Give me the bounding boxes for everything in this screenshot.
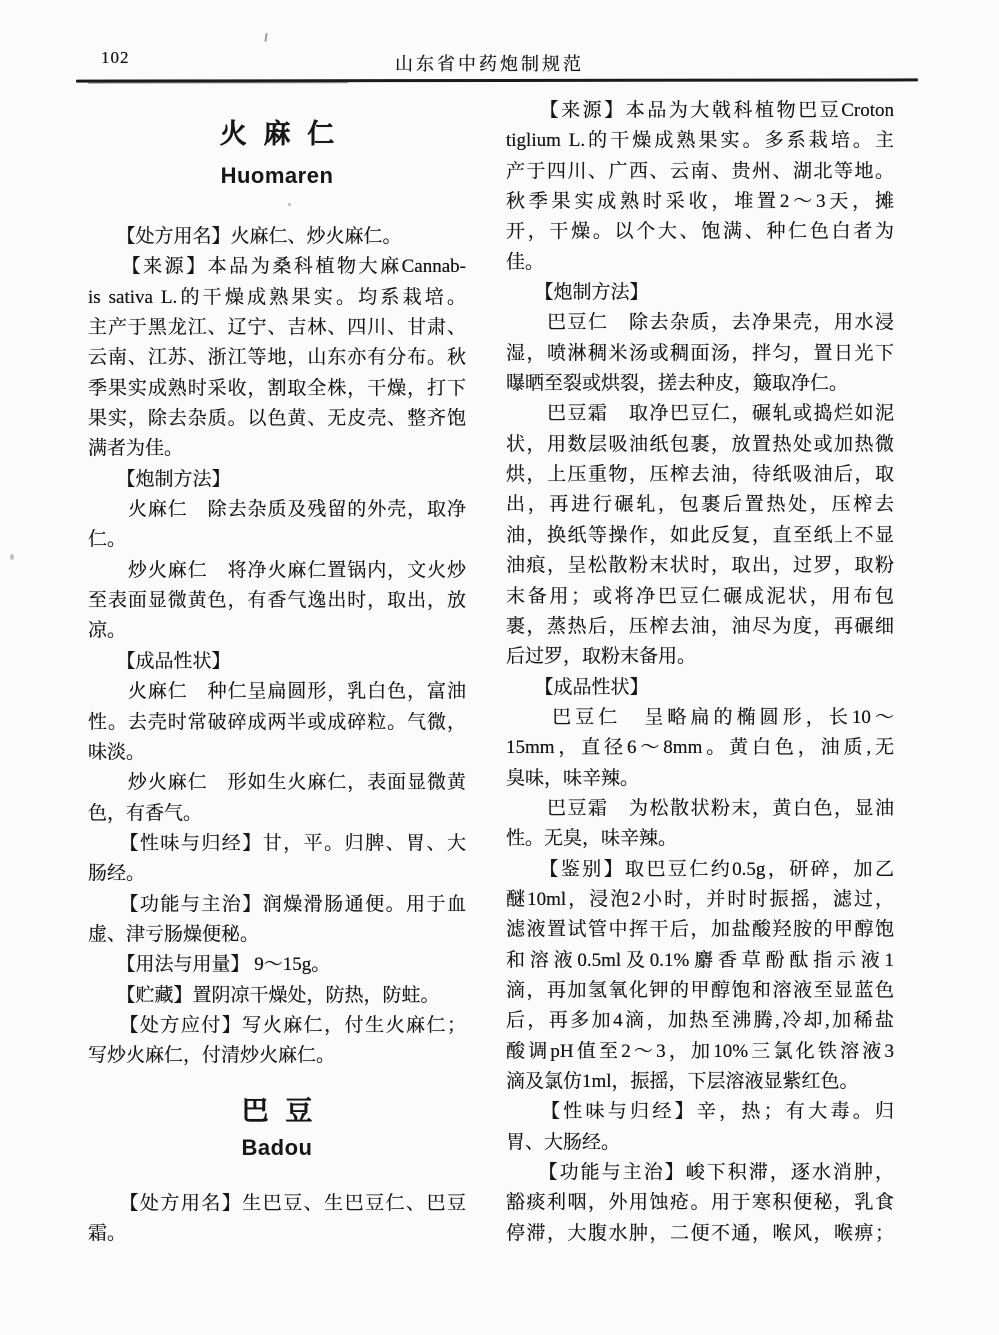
article-pinyin-badou: Badou — [88, 1134, 466, 1162]
text-line: 裹，蒸热后，压榨去油，油尽为度，再碾细 — [506, 612, 894, 642]
text-line: 【炮制方法】 — [88, 465, 466, 495]
badou-body-lines-start: 【处方用名】生巴豆、生巴豆仁、巴豆霜。 — [88, 1189, 466, 1250]
scan-artifact — [264, 33, 267, 42]
text-line: 【用法与用量】 9～15g。 — [88, 950, 466, 980]
text-line: 巴豆霜 取净巴豆仁，碾轧或捣烂如泥 — [506, 399, 894, 429]
text-line: 【处方应付】写火麻仁，付生火麻仁； — [88, 1011, 466, 1041]
text-line: 开，干燥。以个大、饱满、种仁色白者为 — [506, 217, 894, 247]
article-title-badou: 巴豆 — [88, 1094, 466, 1128]
text-line: 滴及氯仿1ml，振摇，下层溶液显紫红色。 — [506, 1067, 894, 1097]
text-line: 【处方用名】生巴豆、生巴豆仁、巴豆 — [88, 1189, 466, 1219]
text-line: 【鉴别】取巴豆仁约0.5g，研碎，加乙 — [506, 855, 894, 885]
text-line: 【功能与主治】润燥滑肠通便。用于血 — [88, 890, 466, 920]
text-line: 臭味，味辛辣。 — [506, 764, 894, 794]
text-line: 凉。 — [88, 616, 466, 646]
text-line: 【处方用名】火麻仁、炒火麻仁。 — [88, 222, 466, 252]
text-line: 滤液置试管中挥干后，加盐酸羟胺的甲醇饱 — [506, 915, 894, 945]
article-pinyin-huomaren: Huomaren — [88, 162, 466, 190]
text-line: 火麻仁 除去杂质及残留的外壳，取净 — [88, 495, 466, 525]
text-line: 仁。 — [88, 525, 466, 555]
text-line: 果实，除去杂质。以色黄、无皮壳、整齐饱 — [88, 404, 466, 434]
text-line: 巴豆霜 为松散状粉末，黄白色，显油 — [506, 794, 894, 824]
text-line: is sativa L.的干燥成熟果实。均系栽培。 — [88, 283, 466, 313]
text-line: 状，用数层吸油纸包裹，放置热处或加热微 — [506, 430, 894, 460]
text-line: 停滞，大腹水肿，二便不通，喉风，喉痹； — [506, 1219, 894, 1249]
text-line: 性。去壳时常破碎成两半或成碎粒。气微， — [88, 708, 466, 738]
text-line: 【性味与归经】甘，平。归脾、胃、大 — [88, 829, 466, 859]
text-line: 佳。 — [506, 248, 894, 278]
text-line: 酸调pH值至2～3，加10%三氯化铁溶液3 — [506, 1037, 894, 1067]
text-line: tiglium L.的干燥成熟果实。多系栽培。主 — [506, 126, 894, 156]
scanned-book-page: 102 山东省中药炮制规范 火麻仁 Huomaren 【处方用名】火麻仁、炒火麻… — [0, 0, 999, 1335]
text-line: 后过罗，取粉末备用。 — [506, 642, 894, 672]
text-line: 后，再多加4滴，加热至沸腾,冷却,加稀盐 — [506, 1006, 894, 1036]
text-line: 巴豆仁 呈略扁的椭圆形，长10～ — [506, 703, 894, 733]
text-line: 豁痰利咽，外用蚀疮。用于寒积便秘，乳食 — [506, 1188, 894, 1218]
text-line: 【成品性状】 — [88, 647, 466, 677]
text-line: 主产于黑龙江、辽宁、吉林、四川、甘肃、 — [88, 313, 466, 343]
text-line: 虚、津亏肠燥便秘。 — [88, 920, 466, 950]
text-line: 性。无臭，味辛辣。 — [506, 824, 894, 854]
text-line: 末备用；或将净巴豆仁碾成泥状，用布包 — [506, 582, 894, 612]
text-line: 油，换纸等操作，如此反复，直至纸上不显 — [506, 521, 894, 551]
text-line: 烘，上压重物，压榨去油，待纸吸油后，取 — [506, 460, 894, 490]
text-line: 炒火麻仁 形如生火麻仁，表面显微黄 — [88, 768, 466, 798]
text-line: 色，有香气。 — [88, 799, 466, 829]
article-title-huomaren: 火麻仁 — [88, 116, 466, 152]
text-line: 【来源】本品为桑科植物大麻Cannab- — [88, 252, 466, 282]
text-line: 满者为佳。 — [88, 434, 466, 464]
scan-artifact — [10, 554, 14, 560]
text-line: 【功能与主治】峻下积滞，逐水消肿， — [506, 1158, 894, 1188]
text-line: 曝晒至裂或烘裂，搓去种皮，簸取净仁。 — [506, 369, 894, 399]
text-line: 【炮制方法】 — [506, 278, 894, 308]
text-line: 产于四川、广西、云南、贵州、湖北等地。 — [506, 157, 894, 187]
badou-body-lines-continued: 【来源】本品为大戟科植物巴豆Crotontiglium L.的干燥成熟果实。多系… — [506, 96, 894, 1249]
text-line: 霜。 — [88, 1219, 466, 1249]
text-line: 【贮藏】置阴凉干燥处，防热，防蛀。 — [88, 981, 466, 1011]
text-line: 油痕，呈松散粉末状时，取出，过罗，取粉 — [506, 551, 894, 581]
huomaren-body-lines: 【处方用名】火麻仁、炒火麻仁。 【来源】本品为桑科植物大麻Cannab-is s… — [88, 222, 466, 1072]
text-line: 季果实成熟时采收，割取全株，干燥，打下 — [88, 374, 466, 404]
text-line: 和溶液0.5ml及0.1%麝香草酚酞指示液1 — [506, 946, 894, 976]
header-rule — [76, 78, 918, 82]
text-line: 湿，喷淋稠米汤或稠面汤，拌匀，置日光下 — [506, 339, 894, 369]
text-line: 15mm，直径6～8mm。黄白色，油质,无 — [506, 733, 894, 763]
right-column: 【来源】本品为大戟科植物巴豆Crotontiglium L.的干燥成熟果实。多系… — [506, 96, 894, 1249]
text-line: 秋季果实成熟时采收，堆置2～3天，摊 — [506, 187, 894, 217]
text-line: 云南、江苏、浙江等地，山东亦有分布。秋 — [88, 343, 466, 373]
text-line: 滴，再加氢氧化钾的甲醇饱和溶液至显蓝色 — [506, 976, 894, 1006]
text-line: 写炒火麻仁，付清炒火麻仁。 — [88, 1041, 466, 1071]
left-column: 火麻仁 Huomaren 【处方用名】火麻仁、炒火麻仁。 【来源】本品为桑科植物… — [88, 116, 466, 1249]
text-line: 味淡。 — [88, 738, 466, 768]
text-line: 胃、大肠经。 — [506, 1128, 894, 1158]
text-line: 【性味与归经】辛，热；有大毒。归 — [506, 1097, 894, 1127]
text-line: 【成品性状】 — [506, 673, 894, 703]
text-line: 肠经。 — [88, 859, 466, 889]
text-line: 至表面显微黄色，有香气逸出时，取出，放 — [88, 586, 466, 616]
text-line: 炒火麻仁 将净火麻仁置锅内，文火炒 — [88, 556, 466, 586]
text-line: 火麻仁 种仁呈扁圆形，乳白色，富油 — [88, 677, 466, 707]
text-line: 【来源】本品为大戟科植物巴豆Croton — [506, 96, 894, 126]
text-line: 出，再进行碾轧，包裹后置热处，压榨去 — [506, 490, 894, 520]
text-line: 巴豆仁 除去杂质，去净果壳，用水浸 — [506, 308, 894, 338]
running-header-title: 山东省中药炮制规范 — [0, 50, 979, 76]
text-line: 醚10ml，浸泡2小时，并时时振摇，滤过， — [506, 885, 894, 915]
